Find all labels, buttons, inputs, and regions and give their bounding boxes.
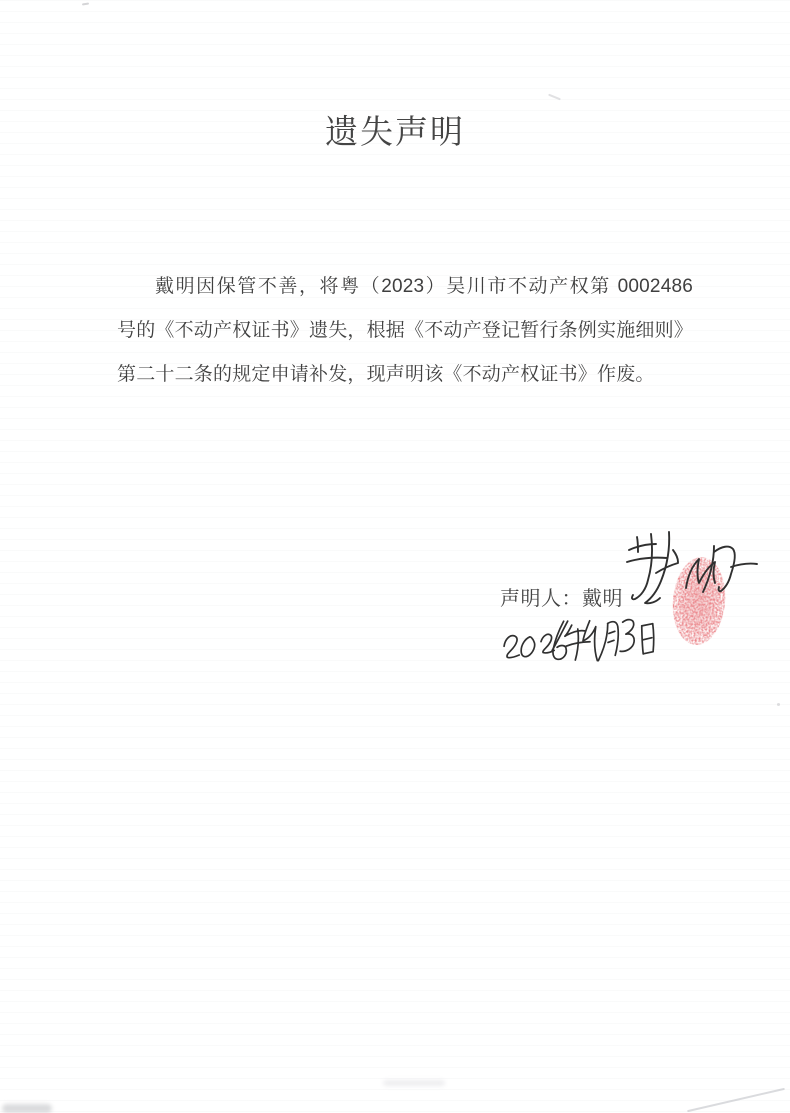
document-title: 遗失声明 [0, 106, 790, 153]
scan-artifact-bottom-center [383, 1080, 445, 1086]
declarant-label: 声明人：戴明 [500, 582, 623, 611]
handwritten-date [495, 611, 661, 672]
scan-artifact-bottom-right [687, 1088, 785, 1112]
paragraph-line-1: 戴明因保管不善，将粤（2023）吴川市不动产权第 0002486 [117, 265, 693, 309]
handwritten-signature [610, 520, 760, 610]
paragraph-line-3: 第二十二条的规定申请补发，现声明该《不动产权证书》作废。 [117, 353, 693, 397]
scanned-document-page: 遗失声明 戴明因保管不善，将粤（2023）吴川市不动产权第 0002486 号的… [0, 0, 790, 1113]
scan-artifact-upper [548, 94, 561, 101]
scan-artifact-right [777, 703, 780, 706]
scan-artifact-bottom-left [2, 1104, 52, 1113]
scan-artifact-top [82, 3, 89, 6]
declaration-paragraph: 戴明因保管不善，将粤（2023）吴川市不动产权第 0002486 号的《不动产权… [117, 265, 693, 397]
paragraph-line-2: 号的《不动产权证书》遗失，根据《不动产登记暂行条例实施细则》 [117, 309, 693, 353]
